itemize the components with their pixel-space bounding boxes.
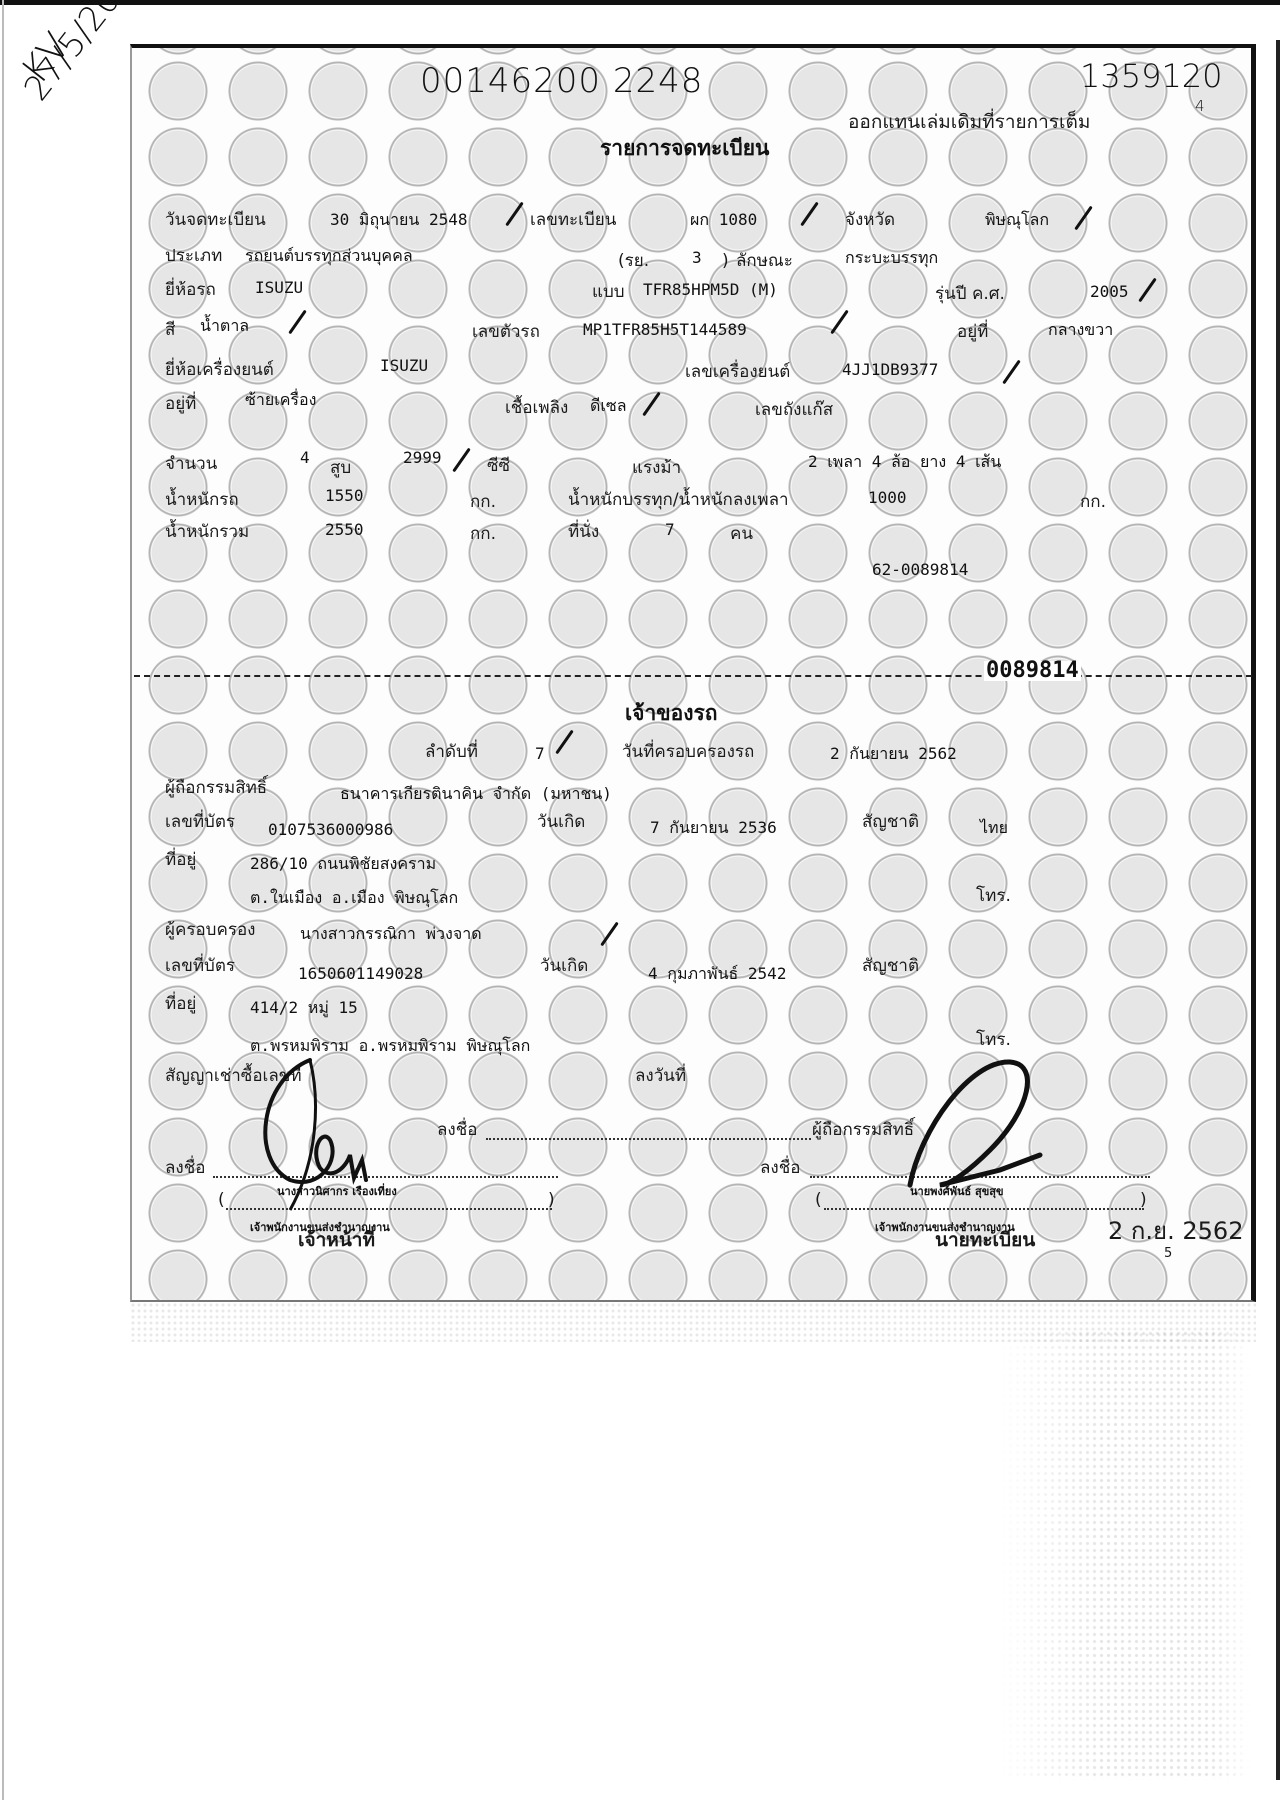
owner-nationality-label: สัญชาติ xyxy=(862,812,919,832)
reg-date-label: วันจดทะเบียน xyxy=(165,210,266,230)
possessor-address-line1: 414/2 หมู่ 15 xyxy=(250,998,358,1018)
sequence-number: 7 xyxy=(535,744,545,764)
vehicle-color: น้ำตาล xyxy=(200,316,249,336)
chassis-number: MP1TFR85H5T144589 xyxy=(583,320,747,340)
model: TFR85HPM5D (M) xyxy=(643,280,778,300)
vehicle-type: รถยนต์บรรทุกส่วนบุคคล xyxy=(245,246,413,266)
year-label: รุ่นปี ค.ศ. xyxy=(935,284,1005,304)
axle-config: 2 เพลา 4 ล้อ ยาง 4 เส้น xyxy=(808,452,1001,472)
possessor-address-label: ที่อยู่ xyxy=(165,994,196,1014)
possessor-dob-label: วันเกิด xyxy=(540,956,588,976)
plate-number: ผก 1080 xyxy=(690,210,757,230)
vehicle-type-label: ประเภท xyxy=(165,246,222,266)
owner-address-line1: 286/10 ถนนพิชัยสงคราม xyxy=(250,854,436,874)
chassis-location-label: อยู่ที่ xyxy=(957,322,988,342)
engine-brand: ISUZU xyxy=(380,356,428,376)
possessor-name: นางสาวกรรณิกา พ่วงจาด xyxy=(300,924,482,944)
stamp-subscript: 5 xyxy=(1164,1244,1172,1264)
possessor-id-label: เลขที่บัตร xyxy=(165,956,235,976)
registrar-role: นายทะเบียน xyxy=(935,1230,1035,1250)
fuel-label: เชื้อเพลิง xyxy=(505,398,568,418)
registrar-name-line xyxy=(824,1208,1144,1210)
gross-weight: 2550 xyxy=(325,520,364,540)
seats-unit: คน xyxy=(730,524,753,544)
possessor-phone-label: โทร. xyxy=(976,1030,1011,1050)
form-number: 62-0089814 xyxy=(872,560,968,580)
owner-id-label: เลขที่บัตร xyxy=(165,812,235,832)
chassis-location: กลางขวา xyxy=(1048,320,1113,340)
contract-date-label: ลงวันที่ xyxy=(635,1066,686,1086)
reg-date: 30 มิถุนายน 2548 xyxy=(330,210,468,230)
owner-dob-label: วันเกิด xyxy=(537,812,585,832)
owner-id: 0107536000986 xyxy=(268,820,393,840)
handwritten-corner-subscript: 4 xyxy=(1195,96,1205,116)
sequence-label: ลำดับที่ xyxy=(425,742,478,762)
cylinders-label: จำนวน xyxy=(165,454,217,474)
perforation-number: 0089814 xyxy=(984,661,1081,681)
engine-location-label: อยู่ที่ xyxy=(165,394,196,414)
handwritten-corner-number: 1359120 xyxy=(1080,58,1223,94)
body-style-label: ลักษณะ xyxy=(736,251,793,271)
owner-address-line2: ต.ในเมือง อ.เมือง พิษณุโลก xyxy=(250,888,458,908)
owner-sign-line xyxy=(486,1138,811,1140)
vehicle-weight: 1550 xyxy=(325,486,364,506)
registrar-paren-close: ) xyxy=(1140,1190,1147,1210)
owner-name: ธนาคารเกียรตินาคิน จำกัด (มหาชน) xyxy=(340,784,612,804)
registrar-stamp-date: 2 ก.ย. 2562 xyxy=(1108,1218,1243,1244)
cylinders: 4 xyxy=(300,448,310,468)
model-label: แบบ xyxy=(592,282,625,302)
officer-paren-close: ) xyxy=(548,1190,555,1210)
gross-weight-unit: กก. xyxy=(470,524,496,544)
document-title: รายการจดทะเบียน xyxy=(600,138,769,158)
possessor-label: ผู้ครอบครอง xyxy=(165,920,255,940)
vehicle-weight-label: น้ำหนักรถ xyxy=(165,490,239,510)
cc-unit: ซีซี xyxy=(487,456,510,476)
chassis-label: เลขตัวรถ xyxy=(472,322,540,342)
registrar-paren-open: ( xyxy=(815,1190,822,1210)
reissue-note: ออกแทนเล่มเดิมที่รายการเต็ม xyxy=(848,112,1090,132)
payload-label: น้ำหนักบรรทุก/น้ำหนักลงเพลา xyxy=(568,490,789,510)
owner-section-title: เจ้าของรถ xyxy=(625,703,718,723)
scan-top-border xyxy=(0,0,1280,5)
ry-label: (รย. xyxy=(618,251,649,271)
brand: ISUZU xyxy=(255,278,303,298)
ry-close: ) xyxy=(722,251,729,271)
province-label: จังหวัด xyxy=(845,210,895,230)
possession-date-label: วันที่ครอบครองรถ xyxy=(622,742,754,762)
owner-address-label: ที่อยู่ xyxy=(165,850,196,870)
registrar-signature xyxy=(890,1050,1070,1200)
body-style: กระบะบรรทุก xyxy=(845,248,938,268)
owner-dob: 7 กันยายน 2536 xyxy=(650,818,777,838)
brand-label: ยี่ห้อรถ xyxy=(165,280,216,300)
fuel-type: ดีเซล xyxy=(590,396,627,416)
owner-nationality: ไทย xyxy=(980,818,1008,838)
seats-label: ที่นั่ง xyxy=(568,522,599,542)
engine-cc: 2999 xyxy=(403,448,442,468)
province: พิษณุโลก xyxy=(985,210,1049,230)
gas-tank-label: เลขถังแก๊ส xyxy=(755,400,833,420)
engine-number: 4JJ1DB9377 xyxy=(842,360,938,380)
officer-paren-open: ( xyxy=(218,1190,225,1210)
registrar-sign-label: ลงชื่อ xyxy=(760,1158,800,1178)
officer-signature xyxy=(250,1050,410,1220)
cylinders-unit: สูบ xyxy=(330,458,351,478)
engine-number-label: เลขเครื่องยนต์ xyxy=(685,362,790,382)
possessor-dob: 4 กุมภาพันธ์ 2542 xyxy=(648,964,786,984)
owner-sign-label: ลงชื่อ xyxy=(437,1120,477,1140)
owner-label: ผู้ถือกรรมสิทธิ์ xyxy=(165,778,267,798)
payload-unit: กก. xyxy=(1080,492,1106,512)
scan-noise-right xyxy=(1000,1330,1250,1780)
owner-phone-label: โทร. xyxy=(976,886,1011,906)
perforation-line xyxy=(134,675,1252,677)
gross-weight-label: น้ำหนักรวม xyxy=(165,522,249,542)
color-label: สี xyxy=(165,320,175,340)
scan-left-edge xyxy=(2,0,4,1800)
seats: 7 xyxy=(665,520,675,540)
ry-code: 3 xyxy=(692,248,702,268)
engine-location: ซ้ายเครื่อง xyxy=(245,390,316,410)
scan-right-edge xyxy=(1276,40,1280,1780)
model-year: 2005 xyxy=(1090,282,1129,302)
possessor-nationality-label: สัญชาติ xyxy=(862,956,919,976)
officer-role: เจ้าหน้าที่ xyxy=(298,1230,375,1250)
engine-brand-label: ยี่ห้อเครื่องยนต์ xyxy=(165,360,274,380)
officer-sign-label: ลงชื่อ xyxy=(165,1158,205,1178)
plate-label: เลขทะเบียน xyxy=(530,210,616,230)
possession-date: 2 กันยายน 2562 xyxy=(830,744,957,764)
weight-unit: กก. xyxy=(470,492,496,512)
horsepower-label: แรงม้า xyxy=(632,458,681,478)
possessor-id: 1650601149028 xyxy=(298,964,423,984)
handwritten-doc-number: 00146200 2248 xyxy=(420,62,703,100)
payload: 1000 xyxy=(868,488,907,508)
